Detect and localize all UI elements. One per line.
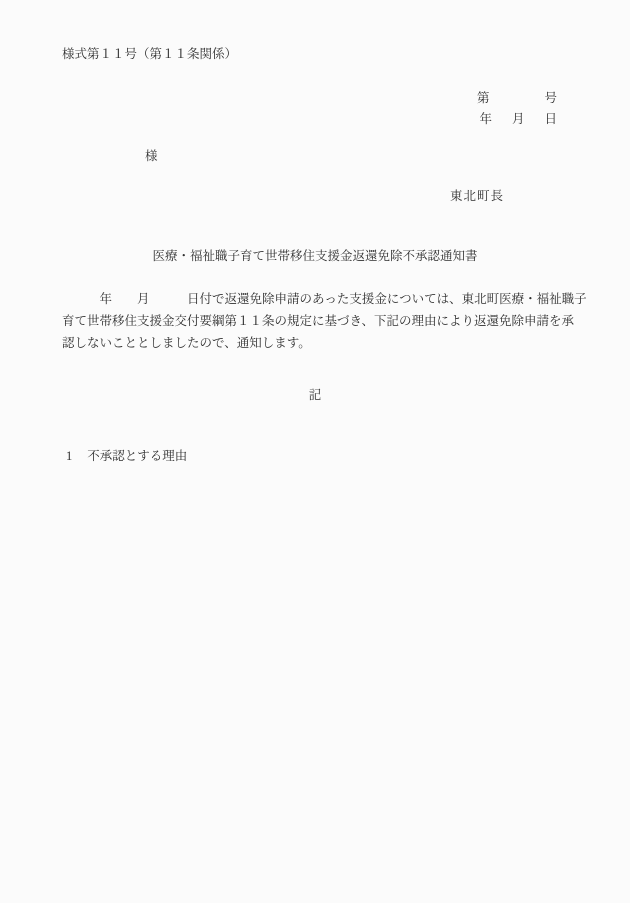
- body-line: 育て世帯移住支援金交付要綱第１１条の規定に基づき、下記の理由により返還免除申請を…: [62, 310, 587, 332]
- document-page: 様式第１１号（第１１条関係） 第 号 年 月 日 様 東北町長 医療・福祉職子育…: [0, 0, 630, 903]
- date-line: 年 月 日: [479, 112, 557, 127]
- item-number-gap: [72, 449, 87, 464]
- item-label: 不承認とする理由: [87, 449, 187, 464]
- form-number: 様式第１１号（第１１条関係）: [62, 47, 237, 62]
- body-line: 年 月 日付で返還免除申請のあった支援金については、東北町医療・福祉職子: [62, 288, 587, 310]
- body-line: 認しないこととしましたので、通知します。: [62, 332, 587, 354]
- body-paragraph: 年 月 日付で返還免除申請のあった支援金については、東北町医療・福祉職子 育て世…: [62, 288, 587, 354]
- record-heading: 記: [0, 388, 630, 403]
- year-label: 年: [479, 112, 492, 127]
- issue-number-line: 第 号: [477, 91, 557, 106]
- day-label: 日: [544, 112, 557, 127]
- issue-number-prefix: 第: [477, 91, 490, 106]
- addressee-honorific: 様: [145, 149, 158, 164]
- reason-item: 1 不承認とする理由: [66, 449, 187, 464]
- sender-title: 東北町長: [450, 189, 504, 204]
- issue-number-suffix: 号: [544, 91, 557, 106]
- month-label: 月: [512, 112, 525, 127]
- document-title: 医療・福祉職子育て世帯移住支援金返還免除不承認通知書: [0, 249, 630, 264]
